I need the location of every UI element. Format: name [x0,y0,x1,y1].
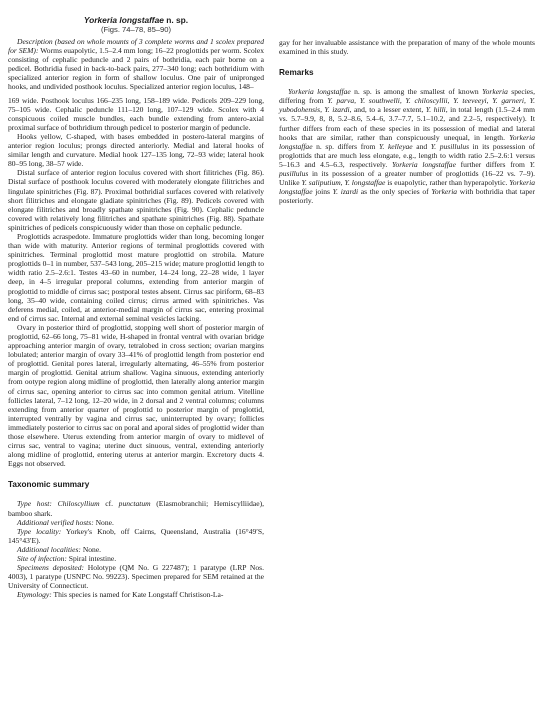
species-header: Yorkeria longstaffae n. sp. (Figs. 74–78… [8,15,264,34]
description-paragraph-proglottids: Proglottids acraspedote. Immature proglo… [8,232,264,323]
additional-localities: Additional localities: None. [8,545,264,554]
etymology-continuation: gay for her invaluable assistance with t… [279,38,535,56]
species-suffix: n. sp. [164,15,188,25]
remarks-heading: Remarks [279,68,535,78]
site-of-infection: Site of infection: Spiral intestine. [8,554,264,563]
figure-references: (Figs. 74–78, 85–90) [8,25,264,34]
left-column: Yorkeria longstaffae n. sp. (Figs. 74–78… [8,0,264,599]
description-paragraph-1-continued: 169 wide. Posthook loculus 166–235 long,… [8,96,264,132]
additional-hosts: Additional verified hosts: None. [8,518,264,527]
species-name: Yorkeria longstaffae [84,15,164,25]
description-paragraph-1: Description (based on whole mounts of 3 … [8,37,264,92]
right-column: gay for her invaluable assistance with t… [279,0,535,205]
type-host: Type host: Chiloscyllium cf. punctatum (… [8,499,264,517]
remarks-paragraph: Yorkeria longstaffae n. sp. is among the… [279,87,535,205]
description-paragraph-ovary: Ovary in posterior third of proglottid, … [8,323,264,469]
type-locality: Type locality: Yorkey's Knob, off Cairns… [8,527,264,545]
species-title: Yorkeria longstaffae n. sp. [8,15,264,25]
description-paragraph-microtriches: Distal surface of anterior region loculu… [8,168,264,232]
specimens-deposited: Specimens deposited: Holotype (QM No. G … [8,563,264,590]
taxonomic-summary-heading: Taxonomic summary [8,480,264,490]
etymology: Etymology: This species is named for Kat… [8,590,264,599]
description-paragraph-hooks: Hooks yellow, C-shaped, with bases embed… [8,132,264,168]
